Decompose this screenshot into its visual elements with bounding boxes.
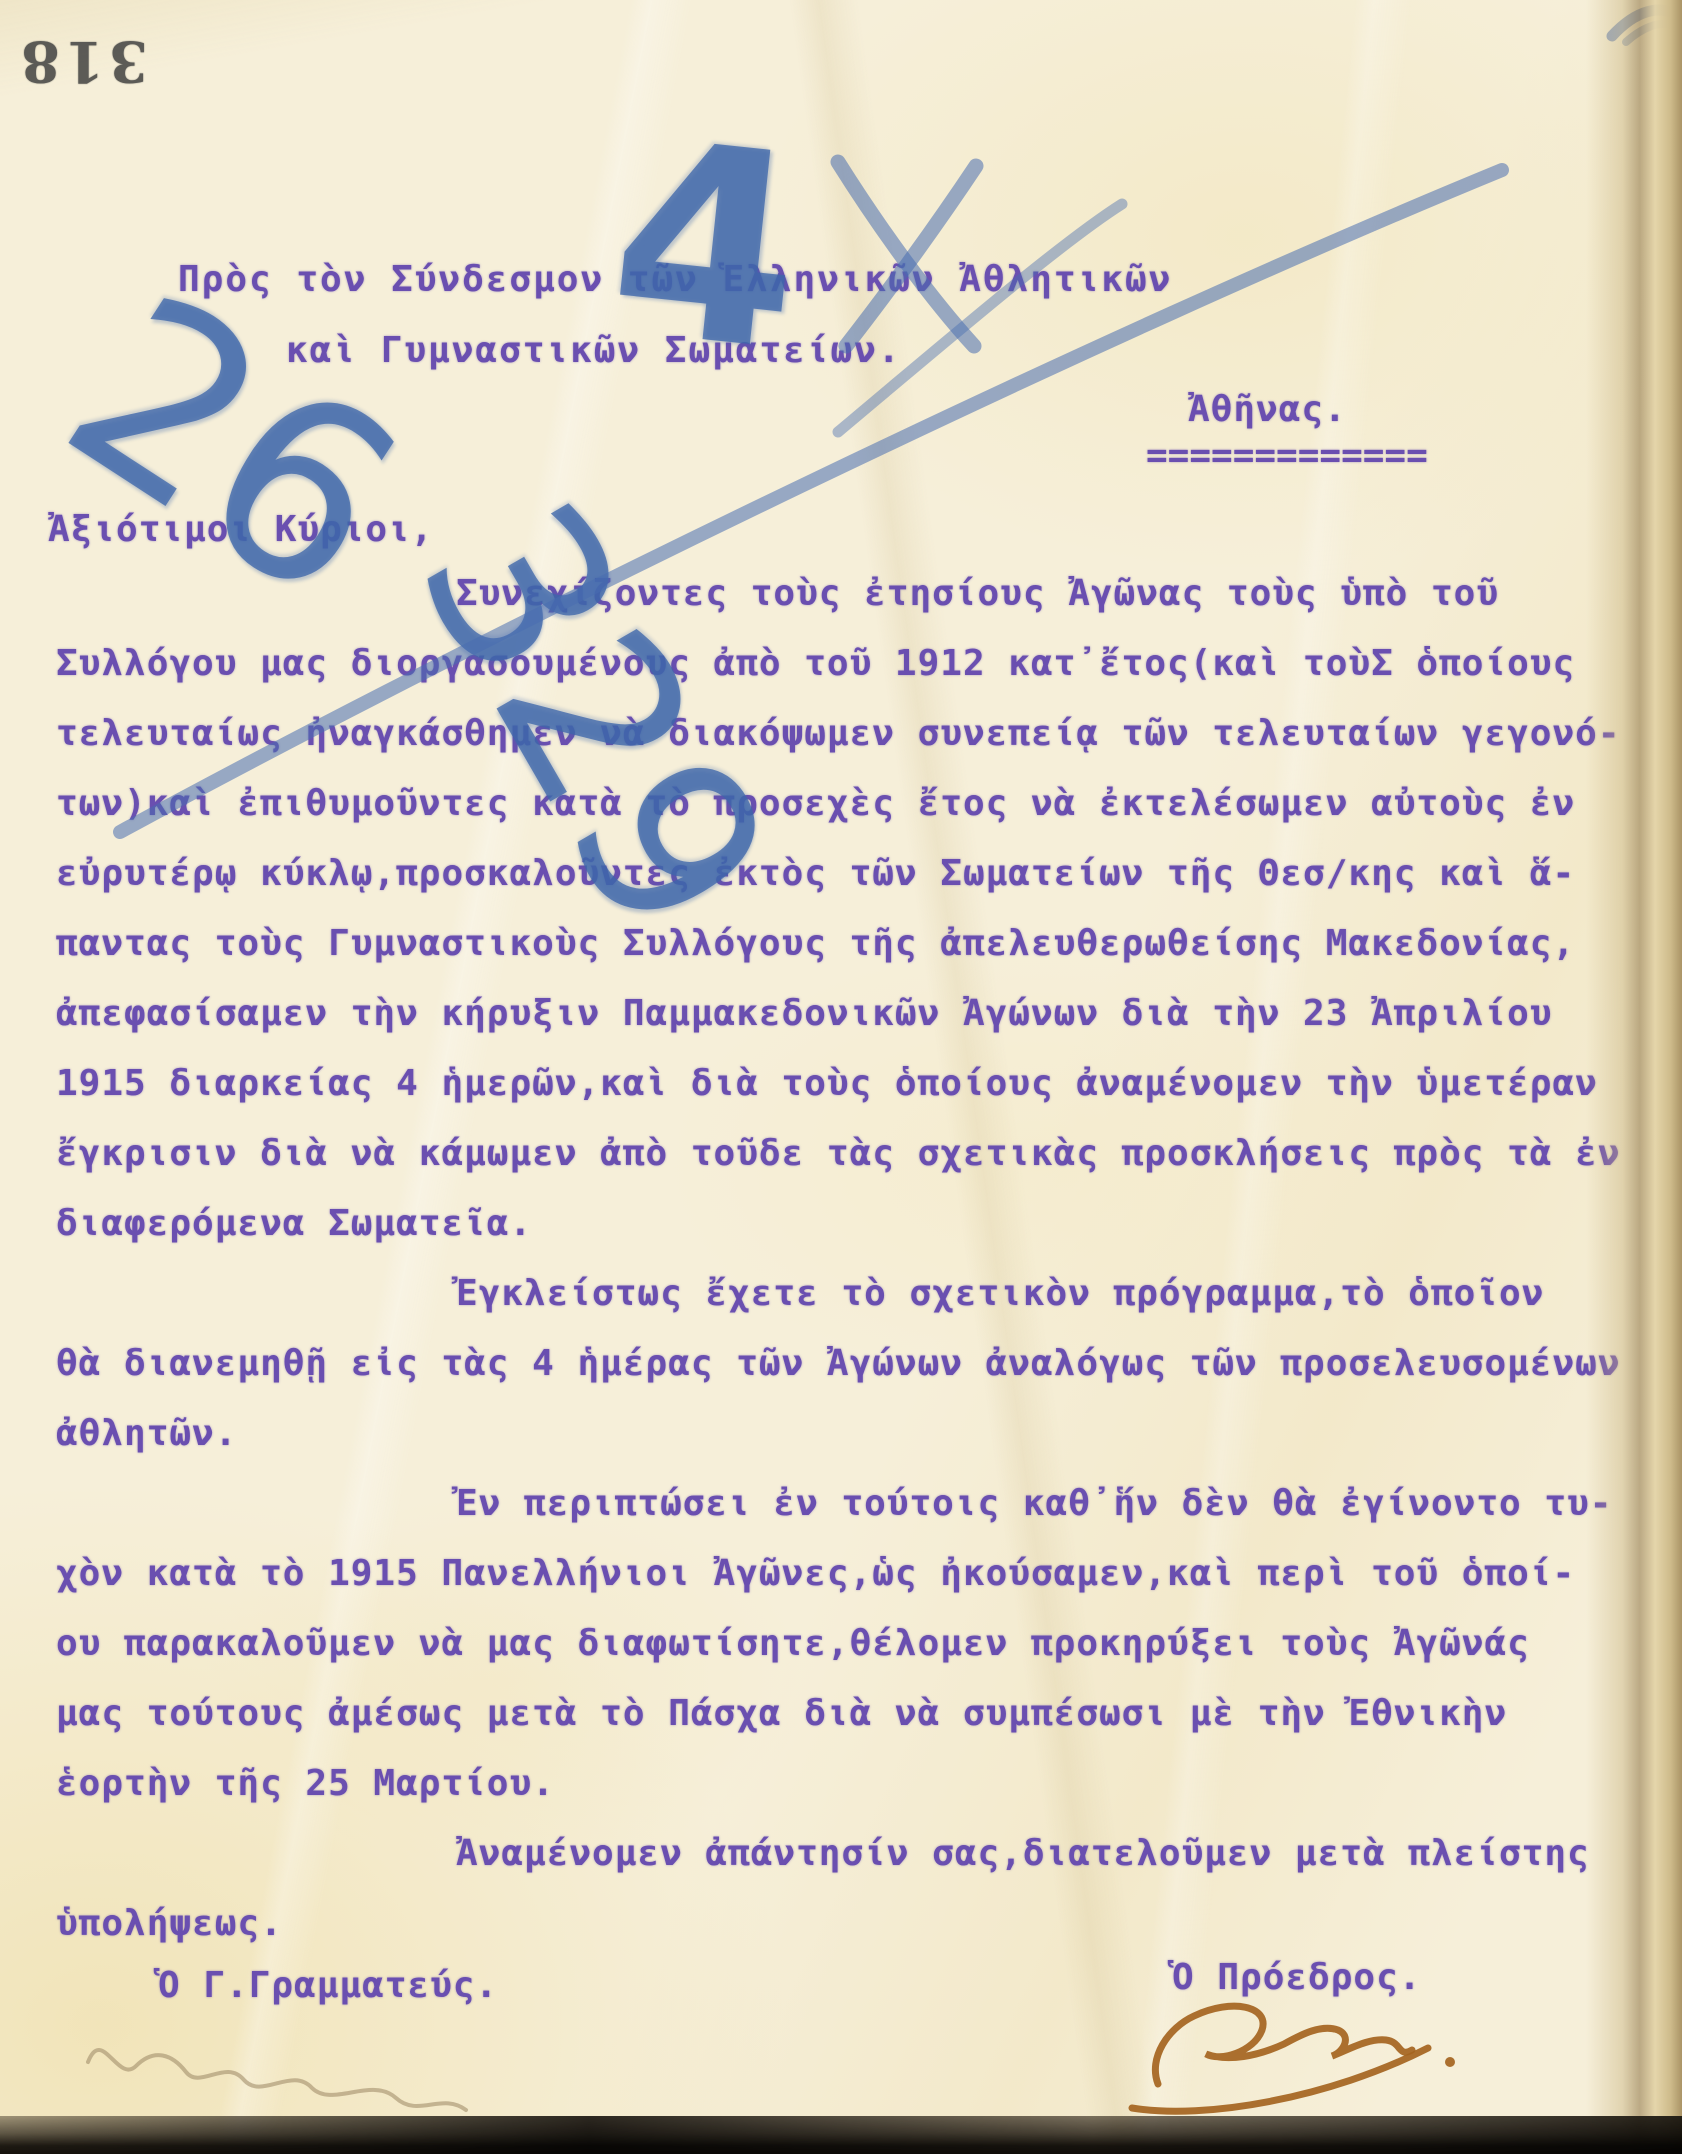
typed-line: Συλλόγου μας διοργασουμένους ἀπὸ τοῦ 191… <box>56 646 1636 716</box>
president-title: Ὁ Πρόεδρος. <box>1172 1960 1421 1996</box>
city-underline: ============= <box>1146 438 1428 474</box>
typed-line: ἀπεφασίσαμεν τὴν κήρυξιν Παμμακεδονικῶν … <box>56 996 1636 1066</box>
typed-line: 1915 διαρκείας 4 ἡμερῶν,καὶ διὰ τοὺς ὁπο… <box>56 1066 1636 1136</box>
scan-bottom-edge <box>0 2116 1682 2154</box>
typed-line: ου παρακαλοῦμεν νὰ μας διαφωτίσητε,θέλομ… <box>56 1626 1636 1696</box>
city-line: Ἀθῆνας. <box>1188 392 1347 428</box>
typed-line: των)καὶ ἐπιθυμοῦντες κατὰ τὸ προσεχὲς ἔτ… <box>56 786 1636 856</box>
secretary-title: Ὁ Γ.Γραμματεύς. <box>158 1968 498 2004</box>
typed-line: Ἀναμένομεν ἀπάντησίν σας,διατελοῦμεν μετ… <box>456 1836 1636 1906</box>
typed-line: τελευταίως ἠναγκάσθημεν νὰ διακόψωμεν συ… <box>56 716 1636 786</box>
typed-line: μας τούτους ἀμέσως μετὰ τὸ Πάσχα διὰ νὰ … <box>56 1696 1636 1766</box>
typed-line: ἑορτὴν τῆς 25 Μαρτίου. <box>56 1766 1636 1836</box>
secretary-signature <box>88 2050 466 2110</box>
typed-line: χὸν κατὰ τὸ 1915 Πανελλήνιοι Ἀγῶνες,ὡς ἠ… <box>56 1556 1636 1626</box>
letter-body: Συνεχίζοντες τοὺς ἐτησίους Ἀγῶνας τοὺς ὑ… <box>56 576 1636 1976</box>
typed-line: εὐρυτέρῳ κύκλῳ,προσκαλοῦντες ἐκτὸς τῶν Σ… <box>56 856 1636 926</box>
crayon-number-crossed: 4 <box>600 104 813 390</box>
president-signature <box>1132 2006 1455 2111</box>
archival-number-stamp: 318 <box>16 28 148 94</box>
recipient-line-2: καὶ Γυμναστικῶν Σωματείων. <box>286 333 902 369</box>
typed-line: διαφερόμενα Σωματεῖα. <box>56 1206 1636 1276</box>
typed-line: παντας τοὺς Γυμναστικοὺς Συλλόγους τῆς ἀ… <box>56 926 1636 996</box>
page-fold-edge <box>1586 0 1682 2154</box>
typed-line: ἔγκρισιν διὰ νὰ κάμωμεν ἀπὸ τοῦδε τὰς σχ… <box>56 1136 1636 1206</box>
scanned-letter-page: 318 Πρὸς τὸν Σύνδεσμον τῶν Ἑλληνικῶν Ἀθλ… <box>0 0 1682 2154</box>
typed-line: ἀθλητῶν. <box>56 1416 1636 1486</box>
typed-line: θὰ διανεμηθῇ εἰς τὰς 4 ἡμέρας τῶν Ἀγώνων… <box>56 1346 1636 1416</box>
typed-line: Ἐν περιπτώσει ἐν τούτοις καθ᾽ἥν δὲν θὰ ἐ… <box>456 1486 1636 1556</box>
typed-line: Ἐγκλείστως ἔχετε τὸ σχετικὸν πρόγραμμα,τ… <box>456 1276 1636 1346</box>
